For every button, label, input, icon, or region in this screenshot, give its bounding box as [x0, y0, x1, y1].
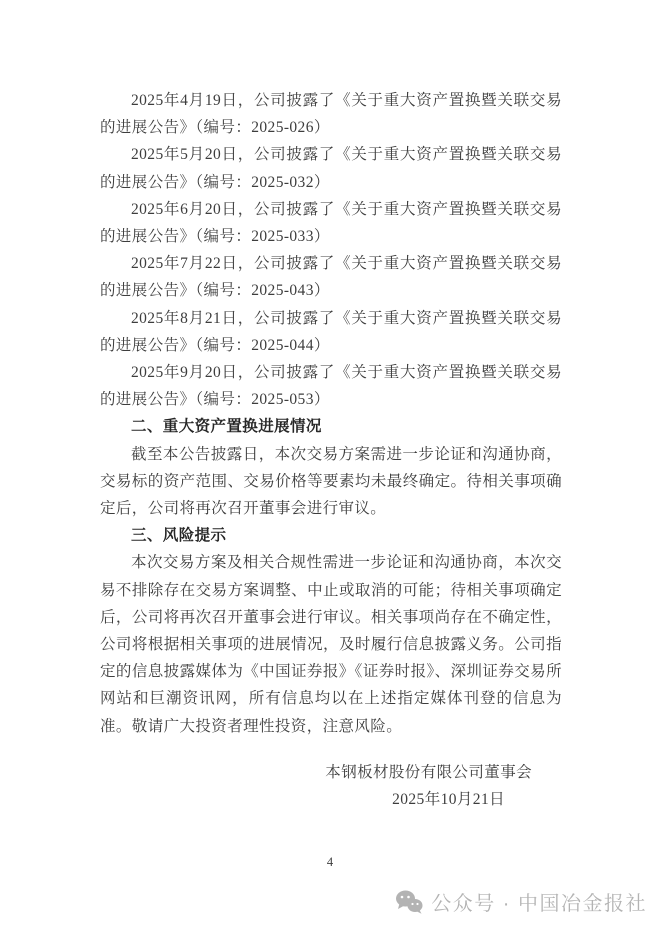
section-3-heading: 三、风险提示 [100, 522, 562, 549]
disclosure-entry: 2025年6月20日，公司披露了《关于重大资产置换暨关联交易的进展公告》（编号：… [100, 196, 562, 250]
publisher-watermark: 公众号 · 中国冶金报社 [395, 887, 647, 916]
disclosure-entry: 2025年5月20日，公司披露了《关于重大资产置换暨关联交易的进展公告》（编号：… [100, 141, 562, 195]
signature-date: 2025年10月21日 [100, 786, 562, 813]
watermark-label: 公众号 · 中国冶金报社 [431, 887, 647, 916]
announcement-page: 2025年4月19日，公司披露了《关于重大资产置换暨关联交易的进展公告》（编号：… [0, 0, 660, 933]
disclosure-entry: 2025年7月22日，公司披露了《关于重大资产置换暨关联交易的进展公告》（编号：… [100, 250, 562, 304]
disclosure-entry: 2025年4月19日，公司披露了《关于重大资产置换暨关联交易的进展公告》（编号：… [100, 87, 562, 141]
section-2-heading: 二、重大资产置换进展情况 [100, 413, 562, 440]
page-number: 4 [0, 849, 660, 876]
disclosure-entry: 2025年8月21日，公司披露了《关于重大资产置换暨关联交易的进展公告》（编号：… [100, 305, 562, 359]
section-3-paragraph: 本次交易方案及相关合规性需进一步论证和沟通协商，本次交易不排除存在交易方案调整、… [100, 549, 562, 739]
document-body: 2025年4月19日，公司披露了《关于重大资产置换暨关联交易的进展公告》（编号：… [100, 87, 562, 813]
signature-block: 本钢板材股份有限公司董事会 2025年10月21日 [100, 759, 562, 813]
signature-company: 本钢板材股份有限公司董事会 [100, 759, 562, 786]
section-2-paragraph: 截至本公告披露日，本次交易方案需进一步论证和沟通协商，交易标的资产范围、交易价格… [100, 441, 562, 523]
wechat-icon [395, 890, 423, 914]
disclosure-entry: 2025年9月20日，公司披露了《关于重大资产置换暨关联交易的进展公告》（编号：… [100, 359, 562, 413]
